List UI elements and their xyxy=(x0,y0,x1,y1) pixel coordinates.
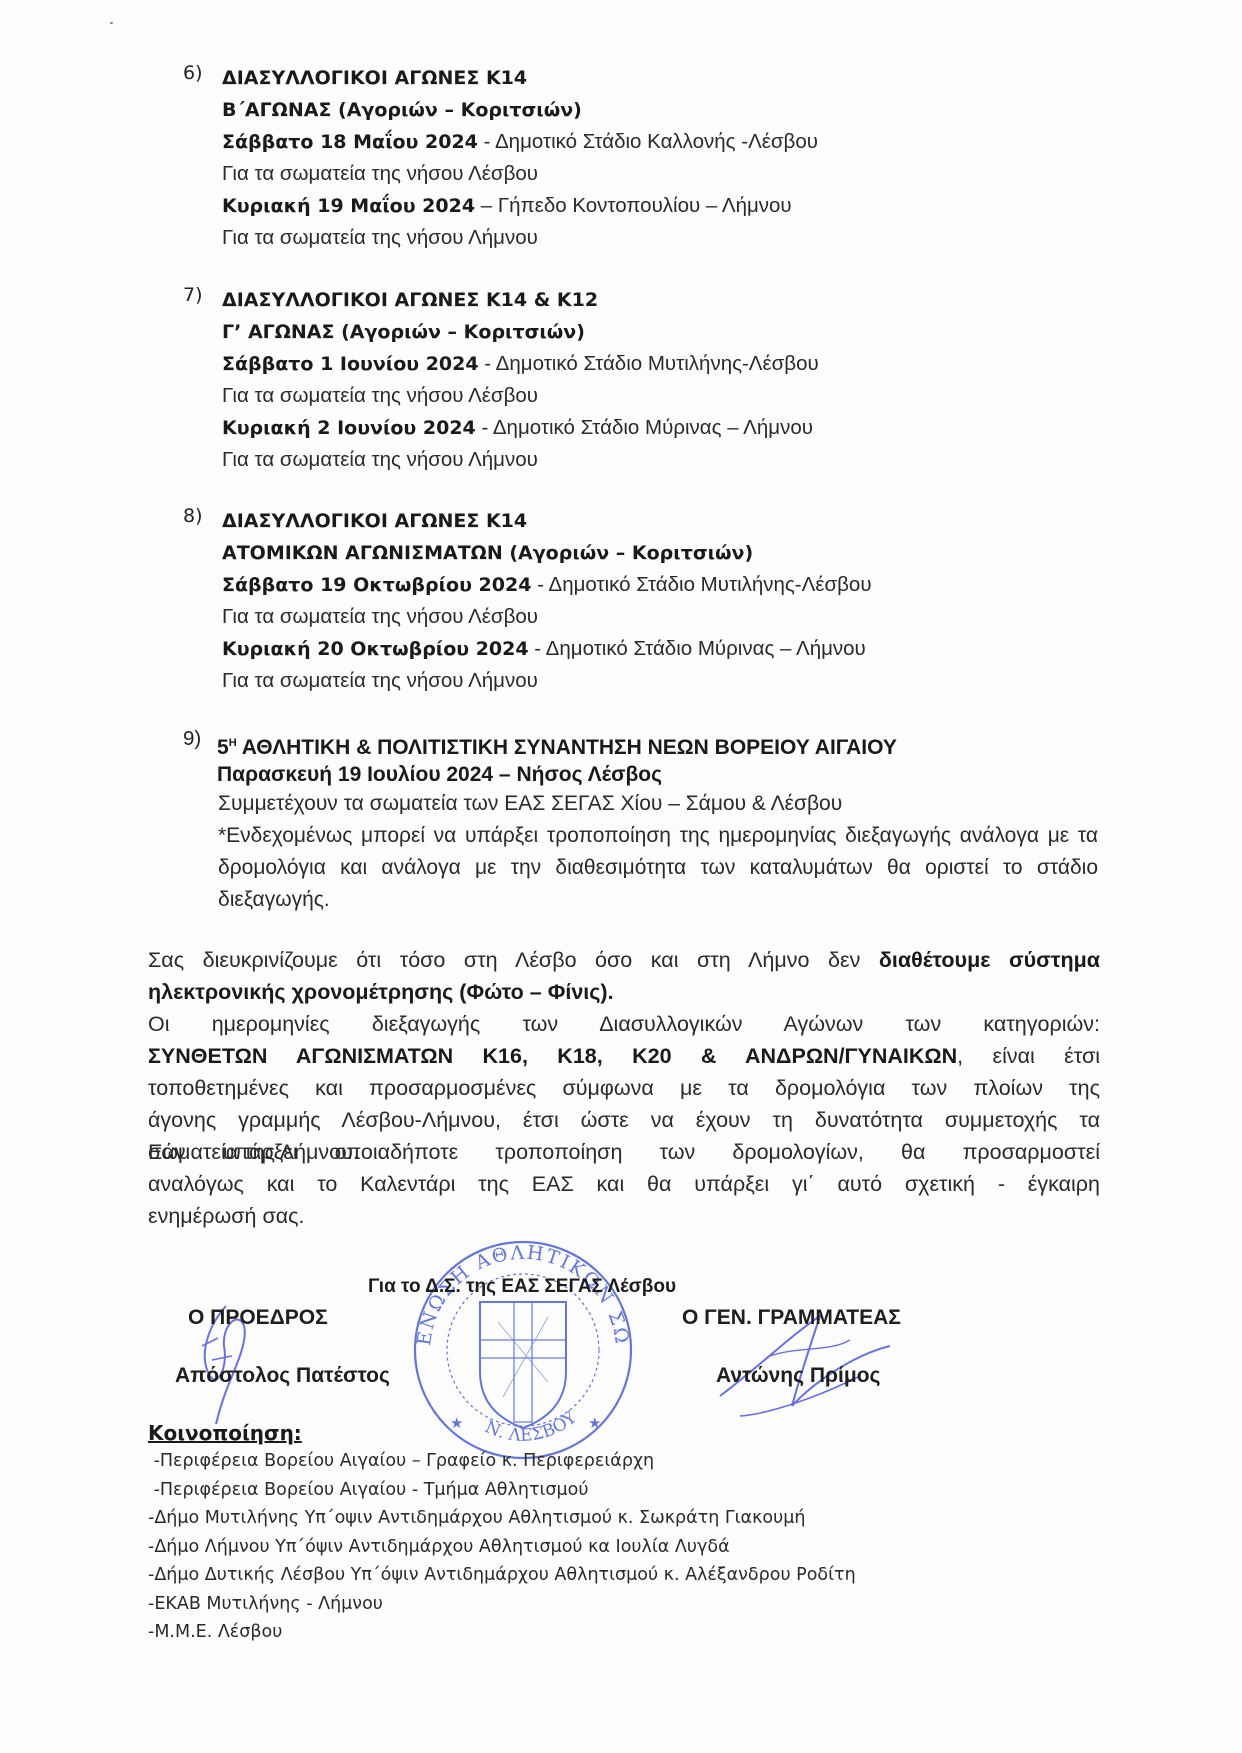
note-line: *Ενδεχομένως μπορεί να υπάρξει τροποποίη… xyxy=(218,820,1098,852)
svg-text:★: ★ xyxy=(450,1414,463,1432)
scan-speck xyxy=(110,22,113,24)
para-line: Εάν υπάρξει οποιαδήποτε τροποποίηση των … xyxy=(148,1136,1100,1168)
document-page: 6) ΔΙΑΣΥΛΛΟΓΙΚΟΙ ΑΓΩΝΕΣ Κ14 Β΄ΑΓΩΝΑΣ (Αγ… xyxy=(0,0,1242,1753)
changes-paragraph: Εάν υπάρξει οποιαδήποτε τροποποίηση των … xyxy=(148,1136,1100,1232)
section-number: 7) xyxy=(183,284,203,306)
section-number: 9) xyxy=(183,727,201,751)
president-title: Ο ΠΡΟΕΔΡΟΣ xyxy=(188,1306,328,1330)
para-line: άγονης γραμμής Λέσβου-Λήμνου, έτσι ώστε … xyxy=(148,1104,1100,1136)
event-line: Κυριακή 19 Μαΐου 2024 – Γήπεδο Κοντοπουλ… xyxy=(222,190,818,222)
section-9-notes: Συμμετέχουν τα σωματεία των ΕΑΣ ΣΕΓΑΣ Χί… xyxy=(218,788,1098,916)
cc-heading: Κοινοποίηση: xyxy=(148,1421,302,1445)
text: , είναι έτσι xyxy=(957,1044,1100,1068)
event-date: Σάββατο 19 Οκτωβρίου 2024 xyxy=(222,574,531,596)
ordinal-suffix: Η xyxy=(229,737,237,749)
section-subtitle: Β΄ΑΓΩΝΑΣ (Αγοριών – Κοριτσιών) xyxy=(222,94,818,126)
cc-item: -Περιφέρεια Βορείου Αιγαίου – Γραφείο κ.… xyxy=(148,1447,856,1476)
official-stamp-icon: ΕΝΩΣΗ ΑΘΛΗΤΙΚΩΝ ΣΩΜΑΤΕΙΩΝ Σ.Ε.Γ.Α.Σ. Ν. … xyxy=(398,1232,648,1464)
event-line: Κυριακή 2 Ιουνίου 2024 - Δημοτικό Στάδιο… xyxy=(222,412,819,444)
section-title: ΔΙΑΣΥΛΛΟΓΙΚΟΙ ΑΓΩΝΕΣ Κ14 xyxy=(222,62,818,94)
para-line: Οι ημερομηνίες διεξαγωγής των Διασυλλογι… xyxy=(148,1008,1100,1040)
title-text: ΑΘΛΗΤΙΚΗ & ΠΟΛΙΤΙΣΤΙΚΗ ΣΥΝΑΝΤΗΣΗ ΝΕΩΝ ΒΟ… xyxy=(237,736,897,759)
para-line: ενημέρωσή σας. xyxy=(148,1200,1100,1232)
bold-text: ΣΥΝΘΕΤΩΝ ΑΓΩΝΙΣΜΑΤΩΝ Κ16, Κ18, Κ20 & ΑΝΔ… xyxy=(148,1044,957,1068)
event-clubs: Για τα σωματεία της νήσου Λήμνου xyxy=(222,444,819,476)
section-number: 8) xyxy=(183,505,203,527)
president-name: Απόστολος Πατέστος xyxy=(175,1364,390,1388)
event-venue: - Δημοτικό Στάδιο Καλλονής -Λέσβου xyxy=(478,130,818,153)
event-date: Κυριακή 20 Οκτωβρίου 2024 xyxy=(222,638,529,660)
event-clubs: Για τα σωματεία της νήσου Λήμνου xyxy=(222,665,872,697)
section-subtitle: Γ’ ΑΓΩΝΑΣ (Αγοριών – Κοριτσιών) xyxy=(222,316,819,348)
ordinal-number: 5 xyxy=(217,736,229,759)
bold-text: διαθέτουμε σύστημα xyxy=(879,948,1100,972)
event-clubs: Για τα σωματεία της νήσου Λέσβου xyxy=(222,380,819,412)
para-line: Σας διευκρινίζουμε ότι τόσο στη Λέσβο όσ… xyxy=(148,944,1100,976)
para-line: ΣΥΝΘΕΤΩΝ ΑΓΩΝΙΣΜΑΤΩΝ Κ16, Κ18, Κ20 & ΑΝΔ… xyxy=(148,1040,1100,1072)
event-date: Κυριακή 19 Μαΐου 2024 xyxy=(222,195,475,217)
event-line: Κυριακή 20 Οκτωβρίου 2024 - Δημοτικό Στά… xyxy=(222,633,872,665)
cc-item: -Δήμο Δυτικής Λέσβου Υπ΄όψιν Αντιδημάρχο… xyxy=(148,1561,856,1590)
event-date: Κυριακή 2 Ιουνίου 2024 xyxy=(222,417,476,439)
note-line: δρομολόγια και ανάλογα με την διαθεσιμότ… xyxy=(218,852,1098,884)
event-clubs: Για τα σωματεία της νήσου Λέσβου xyxy=(222,158,818,190)
cc-item: -Δήμο Λήμνου Υπ΄όψιν Αντιδημάρχου Αθλητι… xyxy=(148,1533,856,1562)
event-clubs: Για τα σωματεία της νήσου Λήμνου xyxy=(222,222,818,254)
section-number: 6) xyxy=(183,62,203,84)
event-line: Σάββατο 18 Μαΐου 2024 - Δημοτικό Στάδιο … xyxy=(222,126,818,158)
section-title: 5Η ΑΘΛΗΤΙΚΗ & ΠΟΛΙΤΙΣΤΙΚΗ ΣΥΝΑΝΤΗΣΗ ΝΕΩΝ… xyxy=(217,727,897,759)
event-venue: - Δημοτικό Στάδιο Μυτιλήνης-Λέσβου xyxy=(531,573,871,596)
event-line: Σάββατο 1 Ιουνίου 2024 - Δημοτικό Στάδιο… xyxy=(222,348,819,380)
timing-paragraph: Σας διευκρινίζουμε ότι τόσο στη Λέσβο όσ… xyxy=(148,944,1100,1008)
para-line: αναλόγως και το Καλεντάρι της ΕΑΣ και θα… xyxy=(148,1168,1100,1200)
secretary-name: Αντώνης Πρίμος xyxy=(716,1364,880,1388)
cc-item: -Μ.Μ.Ε. Λέσβου xyxy=(148,1618,856,1647)
event-line: Σάββατο 19 Οκτωβρίου 2024 - Δημοτικό Στά… xyxy=(222,569,872,601)
event-date: Σάββατο 1 Ιουνίου 2024 xyxy=(222,353,479,375)
secretary-title: Ο ΓΕΝ. ΓΡΑΜΜΑΤΕΑΣ xyxy=(682,1306,901,1330)
section-subtitle: ΑΤΟΜΙΚΩΝ ΑΓΩΝΙΣΜΑΤΩΝ (Αγοριών – Κοριτσιώ… xyxy=(222,537,872,569)
para-line: τοποθετημένες και προσαρμοσμένες σύμφωνα… xyxy=(148,1072,1100,1104)
event-venue: – Γήπεδο Κοντοπουλίου – Λήμνου xyxy=(475,194,792,217)
event-venue: - Δημοτικό Στάδιο Μύρινας – Λήμνου xyxy=(529,637,866,660)
cc-list: -Περιφέρεια Βορείου Αιγαίου – Γραφείο κ.… xyxy=(148,1447,856,1647)
event-venue: - Δημοτικό Στάδιο Μύρινας – Λήμνου xyxy=(476,416,813,439)
event-clubs: Για τα σωματεία της νήσου Λέσβου xyxy=(222,601,872,633)
note-line: διεξαγωγής. xyxy=(218,884,1098,916)
cc-item: -Περιφέρεια Βορείου Αιγαίου - Τμήμα Αθλη… xyxy=(148,1476,856,1505)
text: Σας διευκρινίζουμε ότι τόσο στη Λέσβο όσ… xyxy=(148,948,879,972)
signature-heading: Για το Δ.Σ. της ΕΑΣ ΣΕΓΑΣ Λέσβου xyxy=(368,1276,676,1298)
svg-text:★: ★ xyxy=(588,1414,601,1432)
cc-item: -Δήμο Μυτιλήνης Υπ΄οψιν Αντιδημάρχου Αθλ… xyxy=(148,1504,856,1533)
para-line: ηλεκτρονικής χρονομέτρησης (Φώτο – Φίνις… xyxy=(148,976,1100,1008)
cc-item: -ΕΚΑΒ Μυτιλήνης - Λήμνου xyxy=(148,1590,856,1619)
participants: Συμμετέχουν τα σωματεία των ΕΑΣ ΣΕΓΑΣ Χί… xyxy=(218,788,1098,820)
section-subtitle: Παρασκευή 19 Ιουλίου 2024 – Νήσος Λέσβος xyxy=(217,759,897,791)
section-title: ΔΙΑΣΥΛΛΟΓΙΚΟΙ ΑΓΩΝΕΣ Κ14 xyxy=(222,505,872,537)
event-date: Σάββατο 18 Μαΐου 2024 xyxy=(222,131,478,153)
event-venue: - Δημοτικό Στάδιο Μυτιλήνης-Λέσβου xyxy=(479,352,819,375)
section-title: ΔΙΑΣΥΛΛΟΓΙΚΟΙ ΑΓΩΝΕΣ Κ14 & Κ12 xyxy=(222,284,819,316)
